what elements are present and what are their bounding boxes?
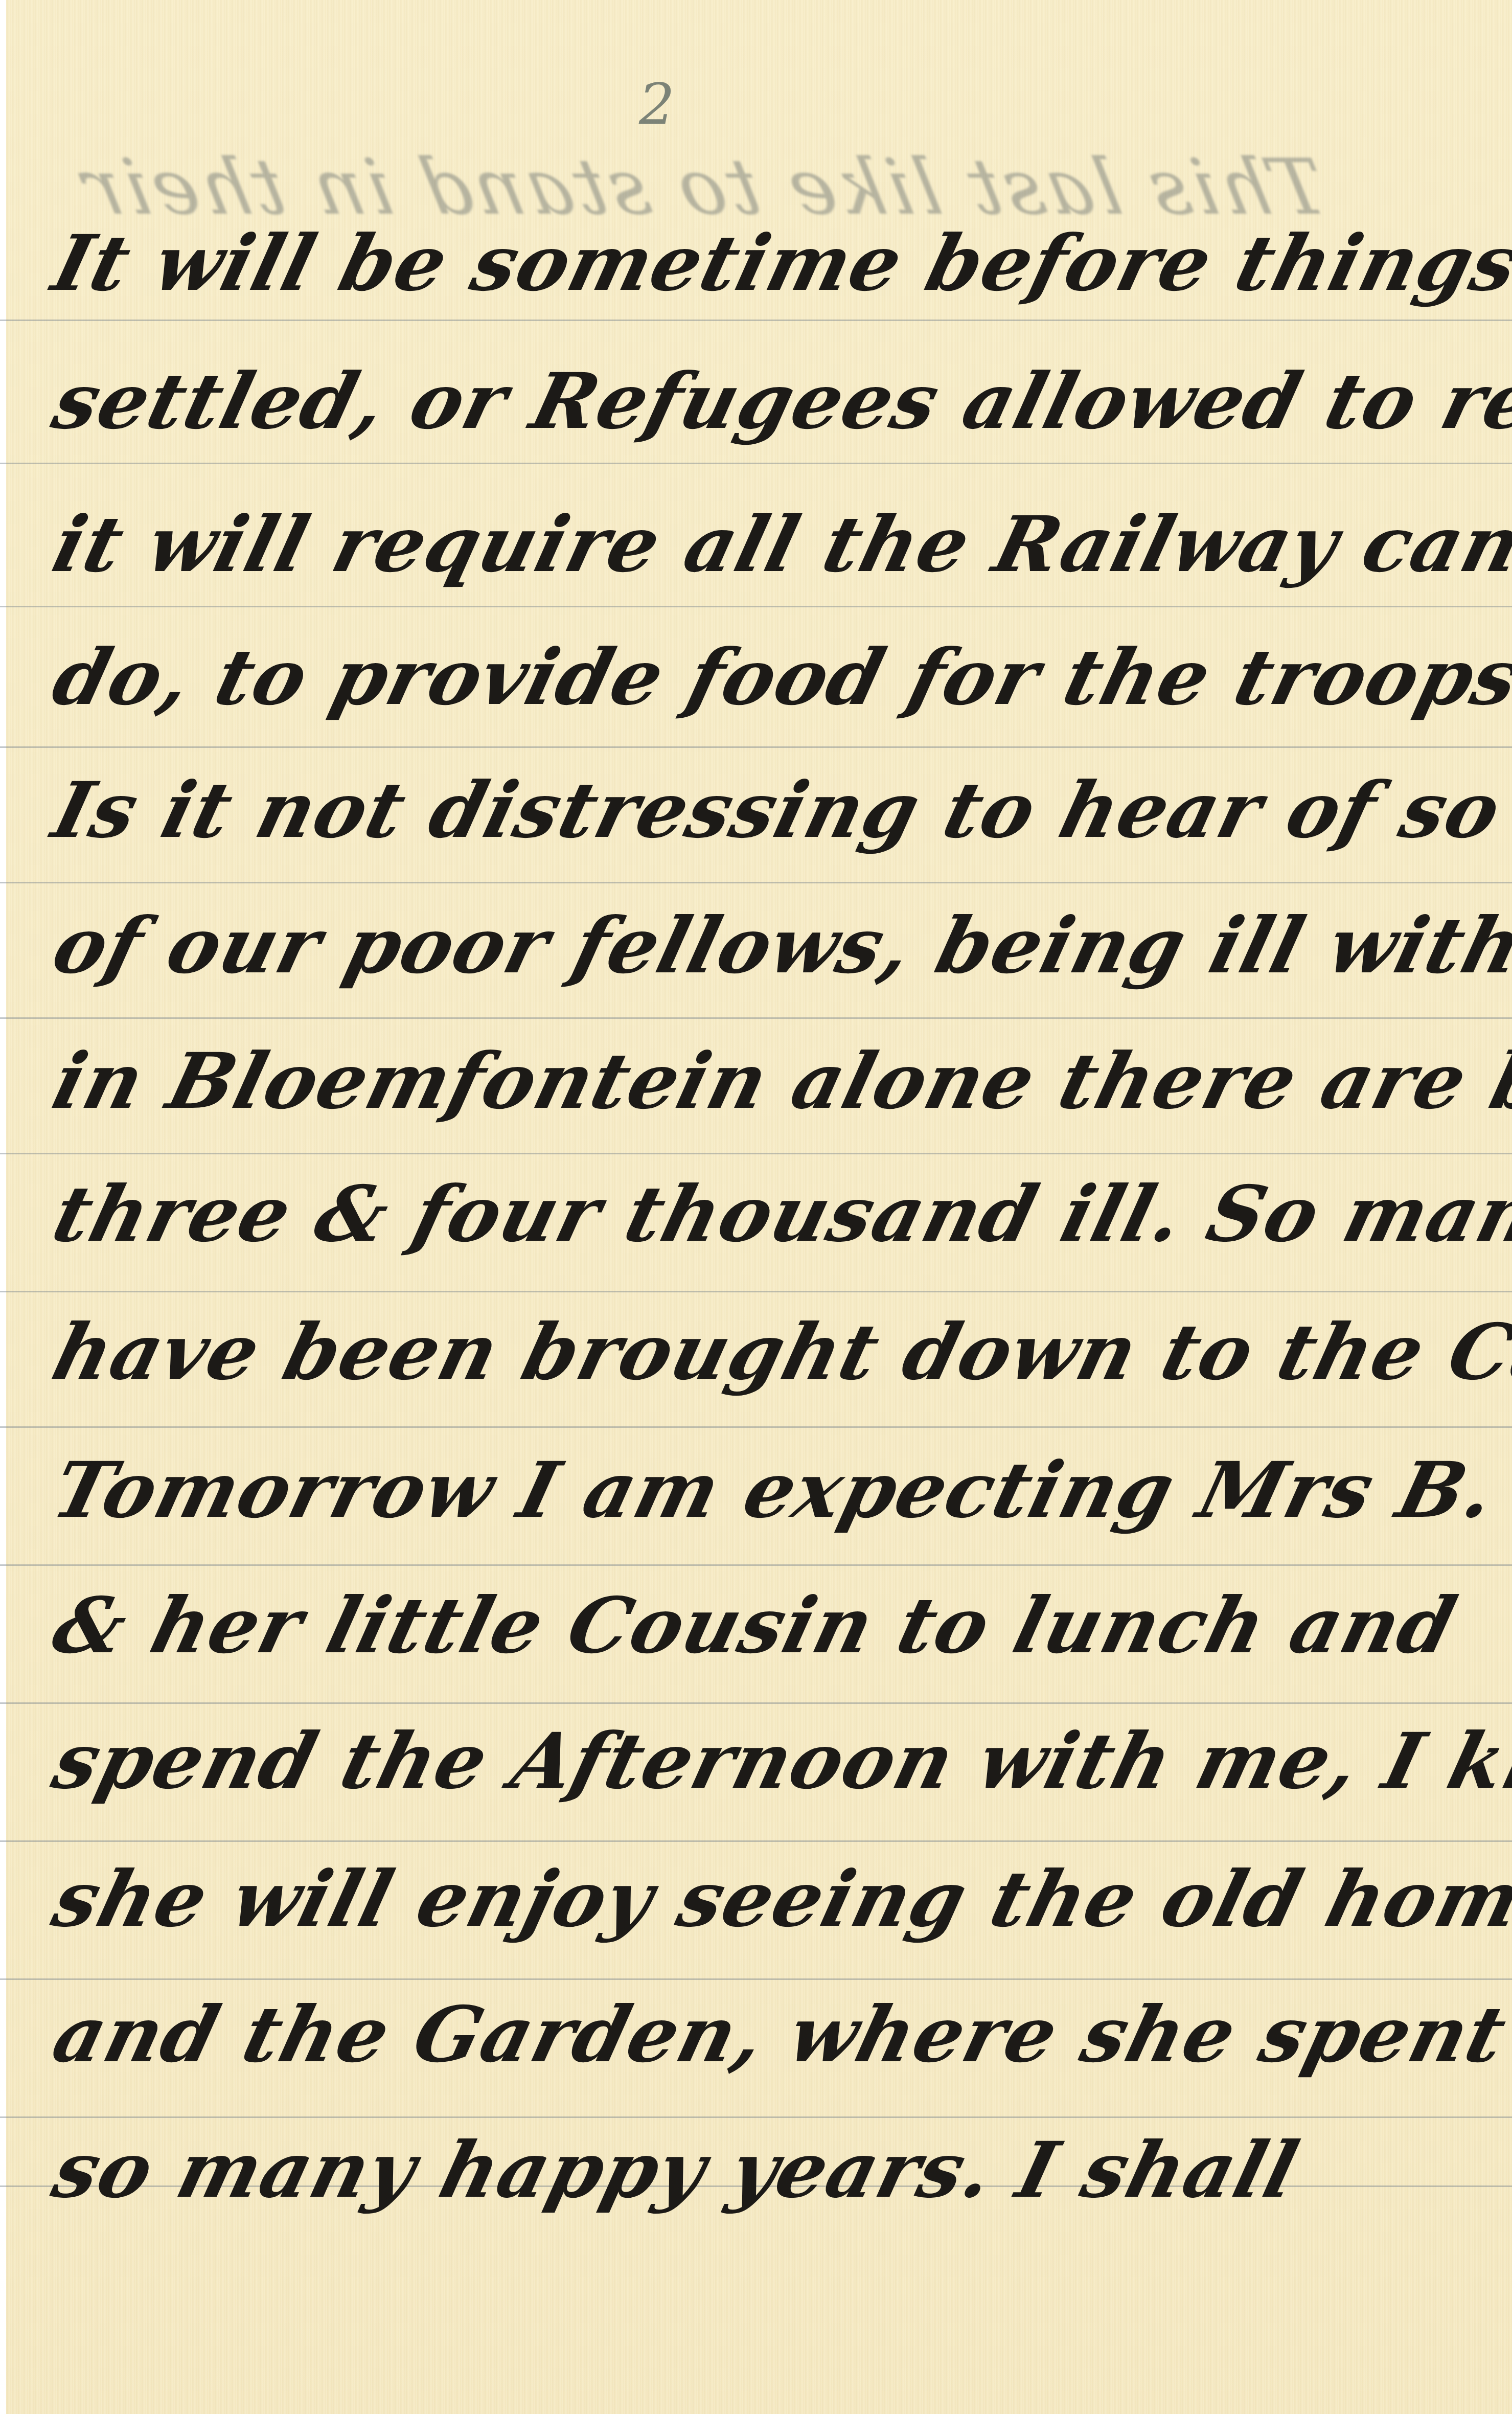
letter-line: It will be sometime before things are (46, 225, 1512, 302)
letter-line: she will enjoy seeing the old home, (46, 1861, 1512, 1938)
ruled-line (0, 463, 1512, 464)
scan-edge (0, 0, 6, 2414)
ruled-line (0, 746, 1512, 748)
ruled-line (0, 1978, 1512, 1980)
ruled-line (0, 1017, 1512, 1019)
ruled-line (0, 320, 1512, 321)
letter-line: it will require all the Railway can (46, 506, 1512, 583)
ruled-line (0, 1840, 1512, 1842)
ruled-line (0, 1153, 1512, 1154)
letter-page: 2 This last like to stand in their It wi… (0, 0, 1512, 2414)
page-number: 2 (639, 72, 675, 137)
letter-line: and the Garden, where she spent (46, 1996, 1512, 2073)
letter-line: so many happy years. I shall (46, 2132, 1306, 2208)
ruled-line (0, 1564, 1512, 1566)
letter-line: do, to provide food for the troops. (46, 639, 1512, 716)
letter-line: Is it not distressing to hear of so many (46, 772, 1512, 849)
ruled-line (0, 2116, 1512, 2118)
letter-line: Tomorrow I am expecting Mrs B. Lloyd (46, 1452, 1512, 1529)
ruled-line (0, 882, 1512, 883)
ruled-line (0, 1426, 1512, 1428)
ruled-line (0, 1702, 1512, 1704)
letter-line: & her little Cousin to lunch and (46, 1587, 1464, 1664)
letter-line: of our poor fellows, being ill with ente… (46, 907, 1512, 984)
ruled-line (0, 606, 1512, 607)
letter-line: three & four thousand ill. So many (46, 1176, 1512, 1252)
letter-line: in Bloemfontein alone there are between (46, 1043, 1512, 1120)
letter-line: have been brought down to the Cape. (46, 1314, 1512, 1391)
letter-line: spend the Afternoon with me, I know (46, 1723, 1512, 1800)
ruled-line (0, 1291, 1512, 1292)
letter-line: settled, or Refugees allowed to return (46, 363, 1512, 440)
